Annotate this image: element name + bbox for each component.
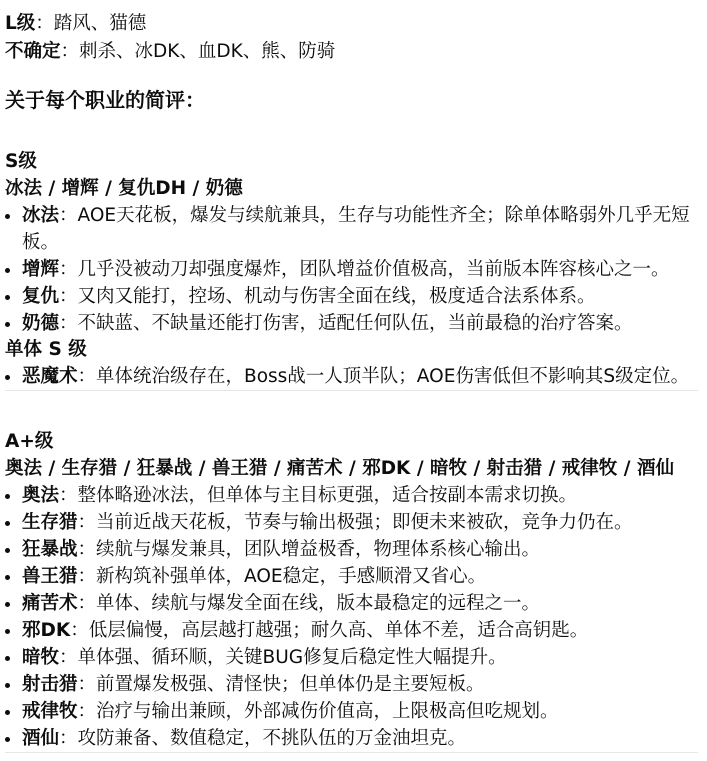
class-name: 奶德 bbox=[22, 313, 59, 334]
section-divider bbox=[5, 752, 698, 753]
single-target-s-list: 恶魔术：单体统治级存在，Boss战一人顶半队；AOE伤害低但不影响其S级定位。 bbox=[5, 363, 698, 390]
class-desc: ：治疗与输出兼顾，外部减伤价值高，上限极高但吃规划。 bbox=[78, 701, 559, 722]
list-item: 恶魔术：单体统治级存在，Boss战一人顶半队；AOE伤害低但不影响其S级定位。 bbox=[22, 363, 698, 390]
list-item: 兽王猎：新构筑补强单体，AOE稳定，手感顺滑又省心。 bbox=[22, 563, 698, 590]
tier-summary-paragraph: L级：踏风、猫德 不确定：刺杀、冰DK、血DK、熊、防骑 bbox=[5, 10, 698, 66]
section-heading: 关于每个职业的简评： bbox=[5, 87, 698, 114]
class-name: 戒律牧 bbox=[22, 701, 78, 722]
list-item: 射击猎：前置爆发极强、清怪快；但单体仍是主要短板。 bbox=[22, 671, 698, 698]
class-name: 射击猎 bbox=[22, 674, 78, 695]
s-tier-label: S级 bbox=[5, 151, 37, 172]
class-name: 邪DK bbox=[22, 620, 70, 641]
single-target-s-label: 单体 S 级 bbox=[5, 337, 698, 363]
class-name: 奥法 bbox=[22, 485, 59, 506]
a-plus-tier-list: 奥法：整体略逊冰法，但单体与主目标更强，适合按副本需求切换。 生存猎：当前近战天… bbox=[5, 482, 698, 752]
class-desc: ：低层偏慢，高层越打越强；耐久高、单体不差，适合高钥匙。 bbox=[70, 620, 588, 641]
class-desc: ：又肉又能打，控场、机动与伤害全面在线，极度适合法系体系。 bbox=[59, 286, 596, 307]
class-desc: ：单体、续航与爆发全面在线，版本最稳定的远程之一。 bbox=[78, 593, 541, 614]
class-desc: ：单体强、循环顺，关键BUG修复后稳定性大幅提升。 bbox=[59, 647, 507, 668]
list-item: 增辉：几乎没被动刀却强度爆炸，团队增益价值极高，当前版本阵容核心之一。 bbox=[22, 256, 698, 283]
class-name: 暗牧 bbox=[22, 647, 59, 668]
class-name: 酒仙 bbox=[22, 728, 59, 749]
class-name: 恶魔术 bbox=[22, 366, 78, 387]
class-desc: ：当前近战天花板，节奏与输出极强；即便未来被砍，竞争力仍在。 bbox=[78, 512, 633, 533]
tier-summary-line-uncertain: 不确定：刺杀、冰DK、血DK、熊、防骑 bbox=[5, 41, 335, 62]
class-name: 痛苦术 bbox=[22, 593, 78, 614]
list-item: 生存猎：当前近战天花板，节奏与输出极强；即便未来被砍，竞争力仍在。 bbox=[22, 509, 698, 536]
class-desc: ：新构筑补强单体，AOE稳定，手感顺滑又省心。 bbox=[78, 566, 487, 587]
list-item: 冰法：AOE天花板，爆发与续航兼具，生存与功能性齐全；除单体略弱外几乎无短板。 bbox=[22, 202, 698, 256]
list-item: 酒仙：攻防兼备、数值稳定，不挑队伍的万金油坦克。 bbox=[22, 725, 698, 752]
list-item: 痛苦术：单体、续航与爆发全面在线，版本最稳定的远程之一。 bbox=[22, 590, 698, 617]
list-item: 狂暴战：续航与爆发兼具，团队增益极香，物理体系核心输出。 bbox=[22, 536, 698, 563]
s-tier-list: 冰法：AOE天花板，爆发与续航兼具，生存与功能性齐全；除单体略弱外几乎无短板。 … bbox=[5, 202, 698, 337]
class-desc: ：AOE天花板，爆发与续航兼具，生存与功能性齐全；除单体略弱外几乎无短板。 bbox=[22, 205, 690, 253]
section-divider bbox=[5, 390, 698, 391]
tier-summary-line-l: L级：踏风、猫德 bbox=[5, 13, 146, 34]
list-item: 复仇：又肉又能打，控场、机动与伤害全面在线，极度适合法系体系。 bbox=[22, 283, 698, 310]
a-plus-tier-class-list: 奥法 / 生存猎 / 狂暴战 / 兽王猎 / 痛苦术 / 邪DK / 暗牧 / … bbox=[5, 458, 674, 479]
class-name: 冰法 bbox=[22, 205, 59, 226]
l-tier-text: ：踏风、猫德 bbox=[35, 13, 146, 34]
uncertain-tier-text: ：刺杀、冰DK、血DK、熊、防骑 bbox=[61, 41, 336, 62]
class-desc: ：攻防兼备、数值稳定，不挑队伍的万金油坦克。 bbox=[59, 728, 466, 749]
s-tier-header: S级 冰法 / 增辉 / 复仇DH / 奶德 bbox=[5, 148, 698, 202]
a-plus-tier-label: A+级 bbox=[5, 431, 53, 452]
class-name: 狂暴战 bbox=[22, 539, 78, 560]
l-tier-label: L级 bbox=[5, 13, 35, 34]
list-item: 邪DK：低层偏慢，高层越打越强；耐久高、单体不差，适合高钥匙。 bbox=[22, 617, 698, 644]
s-tier-class-list: 冰法 / 增辉 / 复仇DH / 奶德 bbox=[5, 178, 243, 199]
class-desc: ：几乎没被动刀却强度爆炸，团队增益价值极高，当前版本阵容核心之一。 bbox=[59, 259, 670, 280]
class-desc: ：不缺蓝、不缺量还能打伤害，适配任何队伍，当前最稳的治疗答案。 bbox=[59, 313, 633, 334]
class-name: 兽王猎 bbox=[22, 566, 78, 587]
class-name: 复仇 bbox=[22, 286, 59, 307]
class-desc: ：整体略逊冰法，但单体与主目标更强，适合按副本需求切换。 bbox=[59, 485, 577, 506]
class-name: 生存猎 bbox=[22, 512, 78, 533]
class-desc: ：续航与爆发兼具，团队增益极香，物理体系核心输出。 bbox=[78, 539, 541, 560]
list-item: 暗牧：单体强、循环顺，关键BUG修复后稳定性大幅提升。 bbox=[22, 644, 698, 671]
class-desc: ：单体统治级存在，Boss战一人顶半队；AOE伤害低但不影响其S级定位。 bbox=[78, 366, 690, 387]
a-plus-tier-header: A+级 奥法 / 生存猎 / 狂暴战 / 兽王猎 / 痛苦术 / 邪DK / 暗… bbox=[5, 428, 698, 482]
list-item: 戒律牧：治疗与输出兼顾，外部减伤价值高，上限极高但吃规划。 bbox=[22, 698, 698, 725]
class-name: 增辉 bbox=[22, 259, 59, 280]
class-desc: ：前置爆发极强、清怪快；但单体仍是主要短板。 bbox=[78, 674, 485, 695]
document-body: L级：踏风、猫德 不确定：刺杀、冰DK、血DK、熊、防骑 关于每个职业的简评： … bbox=[5, 10, 698, 753]
list-item: 奶德：不缺蓝、不缺量还能打伤害，适配任何队伍，当前最稳的治疗答案。 bbox=[22, 310, 698, 337]
list-item: 奥法：整体略逊冰法，但单体与主目标更强，适合按副本需求切换。 bbox=[22, 482, 698, 509]
uncertain-tier-label: 不确定 bbox=[5, 41, 61, 62]
